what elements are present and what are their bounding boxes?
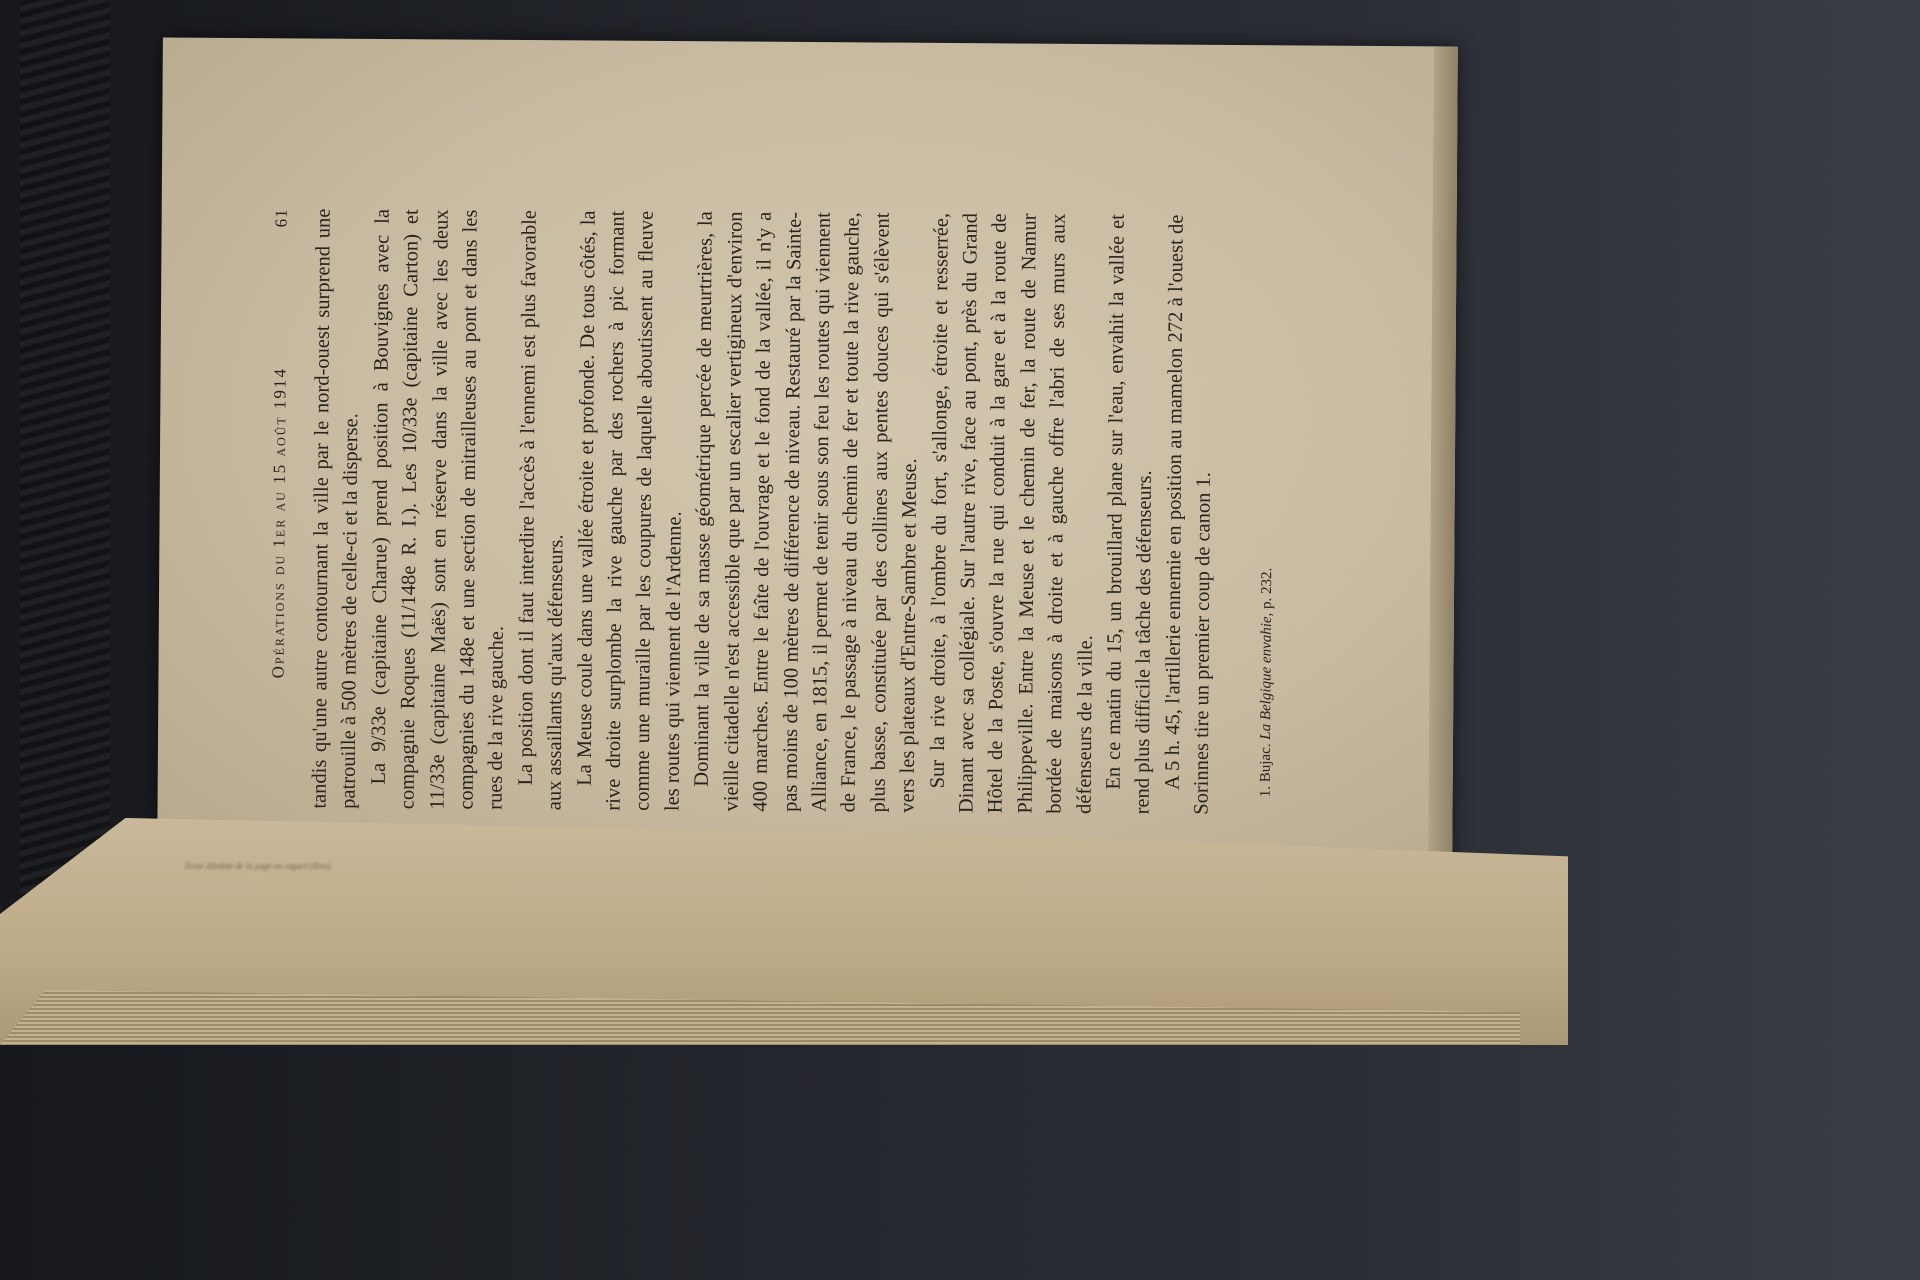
book-page: Opérations du 1er au 15 août 1914 61 tan…	[157, 37, 1458, 876]
running-head: Opérations du 1er au 15 août 1914 61	[268, 208, 292, 808]
footnote-title: La Belgique envahie	[1258, 616, 1275, 739]
page-number: 61	[272, 208, 292, 227]
footnote-page: , p. 232.	[1258, 568, 1274, 617]
paragraph: Dominant la ville de sa masse géométriqu…	[688, 211, 927, 813]
paragraph: La position dont il faut interdire l'acc…	[511, 210, 574, 810]
paragraph: tandis qu'une autre contournant la ville…	[306, 209, 369, 809]
paragraph: En ce matin du 15, un brouillard plane s…	[1099, 214, 1162, 814]
running-head-title: Opérations du 1er au 15 août 1914	[268, 367, 291, 808]
footnote: 1. Bujac. La Belgique envahie, p. 232.	[1257, 215, 1278, 815]
paragraph: La 9/33e (capitaine Charue) prend positi…	[364, 209, 515, 810]
footnote-marker: 1.	[1257, 786, 1273, 797]
paragraph: A 5 h. 45, l'artillerie ennemie en posit…	[1158, 214, 1221, 814]
footnote-author: Bujac.	[1257, 743, 1273, 782]
rotated-text-block: Opérations du 1er au 15 août 1914 61 tan…	[268, 108, 1458, 816]
paragraph: Sur la rive droite, à l'ombre du fort, s…	[923, 213, 1104, 814]
body-text: tandis qu'une autre contournant la ville…	[306, 209, 1222, 815]
paragraph: La Meuse coule dans une vallée étroite e…	[570, 210, 692, 811]
